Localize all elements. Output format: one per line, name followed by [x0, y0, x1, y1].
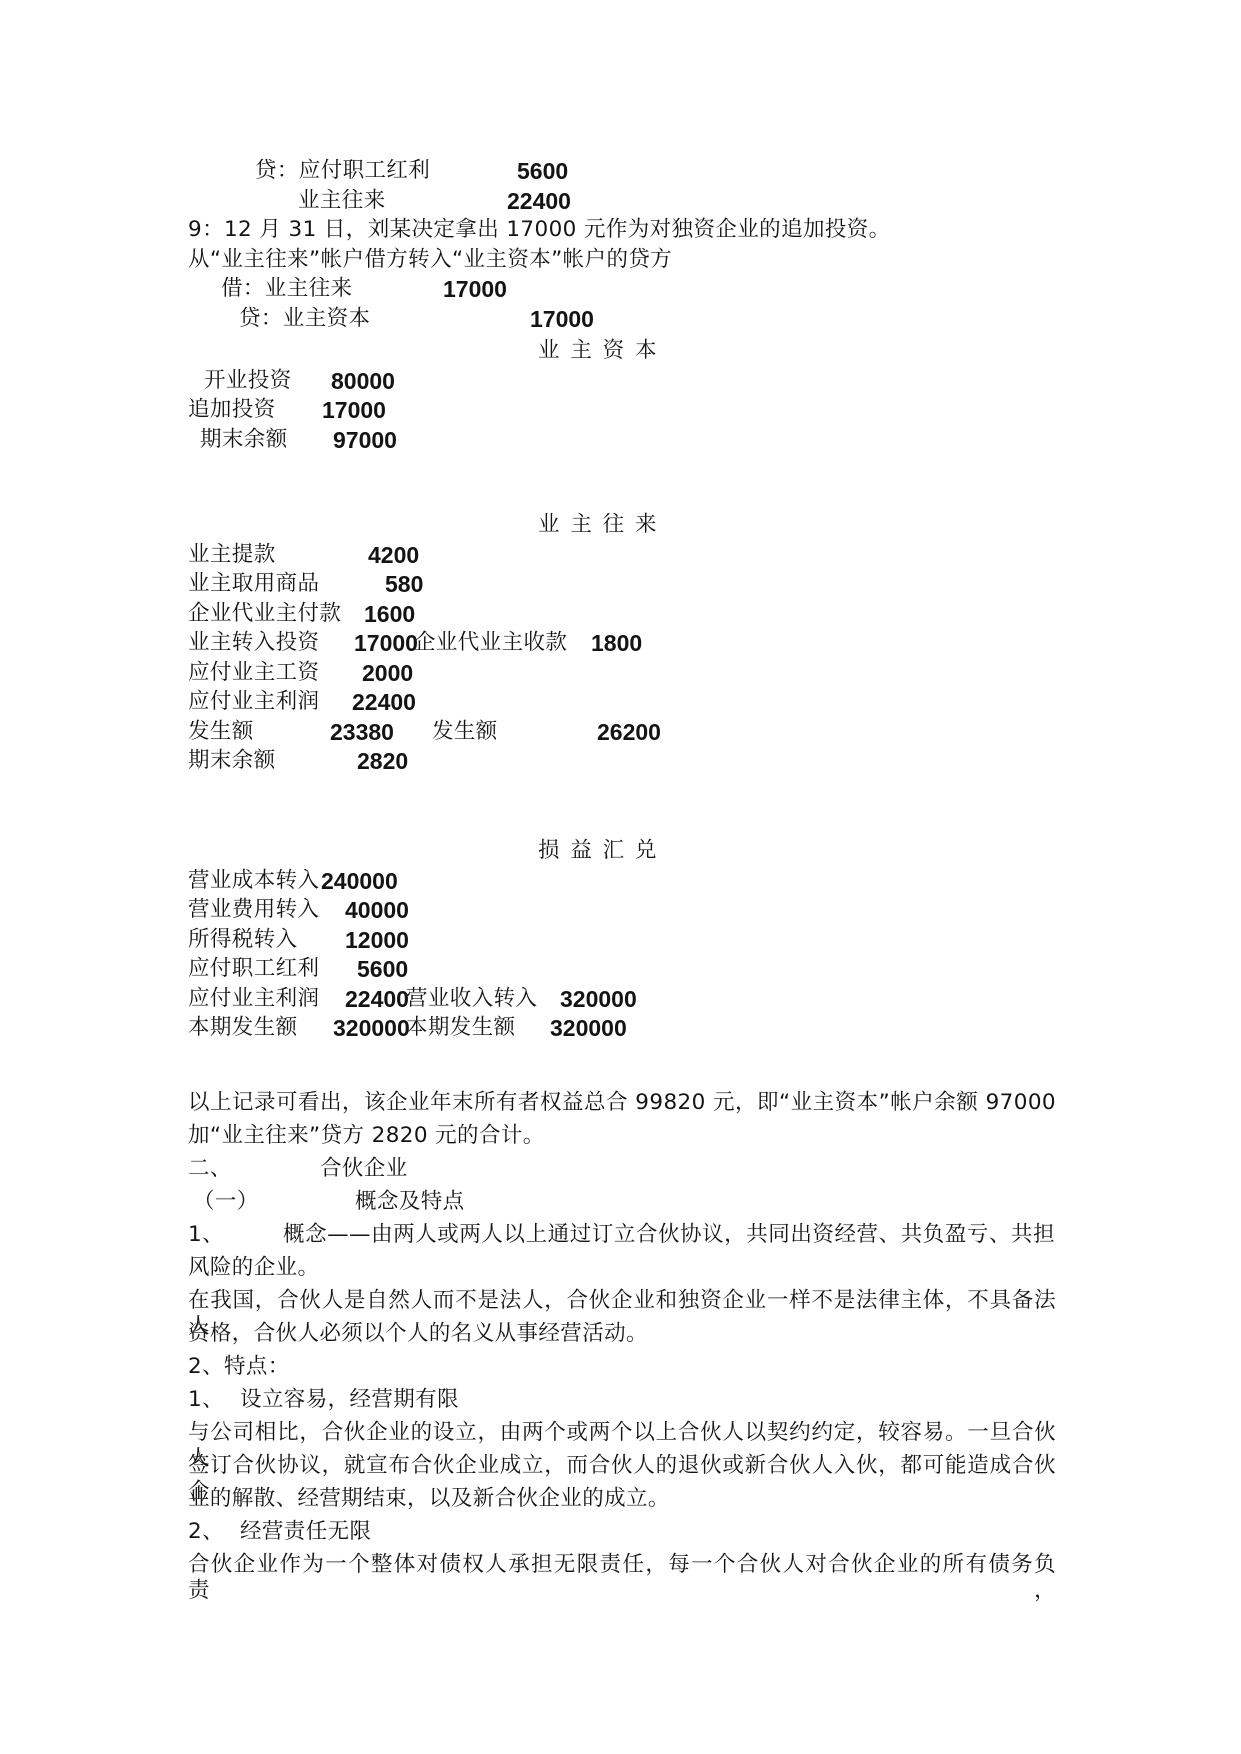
row-amount: 97000	[333, 427, 397, 453]
t-account-owner-capital-title: 业 主 资 本	[538, 338, 659, 364]
row-amount: 320000	[550, 1015, 627, 1041]
paragraph-line: 概念——由两人或两人以上通过订立合伙协议，共同出资经营、共负盈亏、共担	[283, 1222, 1055, 1248]
row-amount: 1600	[364, 601, 415, 627]
row-label: 应付业主工资	[188, 660, 319, 686]
section-number: 二、	[188, 1156, 232, 1182]
row-amount: 80000	[331, 368, 395, 394]
row-amount: 320000	[560, 986, 637, 1012]
journal-debit-amount: 17000	[443, 276, 507, 302]
row-amount: 580	[385, 571, 423, 597]
summary-line: 以上记录可看出，该企业年末所有者权益总合 99820 元，即“业主资本”帐户余额…	[188, 1090, 1056, 1116]
row-amount: 40000	[345, 897, 409, 923]
summary-line: 加“业主往来”贷方 2820 元的合计。	[188, 1123, 545, 1149]
document-page: 贷：应付职工红利 5600 业主往来 22400 9：12 月 31 日，刘某决…	[0, 0, 1241, 1754]
entry-credit2-label: 业主往来	[298, 188, 386, 214]
row-amount: 17000	[354, 630, 418, 656]
row-label: 本期发生额	[406, 1015, 516, 1041]
list-item: 2、特点：	[188, 1354, 290, 1380]
row-amount: 320000	[333, 1015, 410, 1041]
journal-credit-label: 贷：业主资本	[239, 306, 370, 332]
row-label: 业主取用商品	[188, 571, 319, 597]
row-amount: 17000	[322, 397, 386, 423]
entry-credit2-amount: 22400	[507, 188, 571, 214]
row-amount: 23380	[330, 719, 394, 745]
row-amount: 22400	[352, 689, 416, 715]
row-label: 应付业主利润	[188, 986, 319, 1012]
row-label: 应付业主利润	[188, 689, 319, 715]
list-item-title: 经营责任无限	[240, 1519, 371, 1545]
row-amount: 5600	[357, 956, 408, 982]
entry-credit1-amount: 5600	[517, 158, 568, 184]
row-label: 期末余额	[188, 748, 276, 774]
row-label: 发生额	[432, 719, 498, 745]
row-label: 企业代业主收款	[414, 630, 567, 656]
paragraph-line: 风险的企业。	[188, 1255, 319, 1281]
row-amount: 240000	[321, 868, 398, 894]
row-amount: 2000	[362, 660, 413, 686]
row-label: 营业费用转入	[188, 897, 319, 923]
section-heading: 合伙企业	[320, 1156, 408, 1182]
journal-debit-label: 借：业主往来	[221, 276, 352, 302]
list-number: 1、	[188, 1222, 224, 1248]
row-amount: 1800	[591, 630, 642, 656]
t-account-profit-loss-title: 损 益 汇 兑	[538, 838, 659, 864]
paragraph-line: 资格，合伙人必须以个人的名义从事经营活动。	[188, 1321, 648, 1347]
subsection-number: （一）	[193, 1189, 259, 1215]
row-label: 业主转入投资	[188, 630, 319, 656]
row-label: 营业收入转入	[406, 986, 537, 1012]
row-amount: 2820	[357, 748, 408, 774]
row-amount: 22400	[345, 986, 409, 1012]
row-label: 企业代业主付款	[188, 601, 341, 627]
paragraph-line: 合伙企业作为一个整体对债权人承担无限责任，每一个合伙人对合伙企业的所有债务负责，	[188, 1552, 1056, 1604]
list-number: 2、	[188, 1519, 224, 1545]
list-number: 1、	[188, 1387, 224, 1413]
row-amount: 4200	[368, 542, 419, 568]
row-label: 期末余额	[200, 427, 288, 453]
row-label: 开业投资	[204, 368, 292, 394]
entry-credit1-label: 贷：应付职工红利	[255, 158, 430, 184]
row-label: 营业成本转入	[188, 868, 319, 894]
row-amount: 12000	[345, 927, 409, 953]
t-account-owner-current-title: 业 主 往 来	[538, 512, 659, 538]
row-label: 所得税转入	[188, 927, 298, 953]
row-label: 业主提款	[188, 542, 276, 568]
row-label: 发生额	[188, 719, 254, 745]
paragraph-line: 业的解散、经营期结束，以及新合伙企业的成立。	[188, 1486, 670, 1512]
journal-credit-amount: 17000	[530, 306, 594, 332]
narrative-item9: 9：12 月 31 日，刘某决定拿出 17000 元作为对独资企业的追加投资。	[188, 217, 891, 243]
row-label: 应付职工红利	[188, 956, 319, 982]
narrative-item9-note: 从“业主往来”帐户借方转入“业主资本”帐户的贷方	[188, 247, 672, 273]
subsection-heading: 概念及特点	[355, 1189, 465, 1215]
row-label: 本期发生额	[188, 1015, 298, 1041]
list-item-title: 设立容易，经营期有限	[240, 1387, 459, 1413]
row-label: 追加投资	[188, 397, 276, 423]
row-amount: 26200	[597, 719, 661, 745]
